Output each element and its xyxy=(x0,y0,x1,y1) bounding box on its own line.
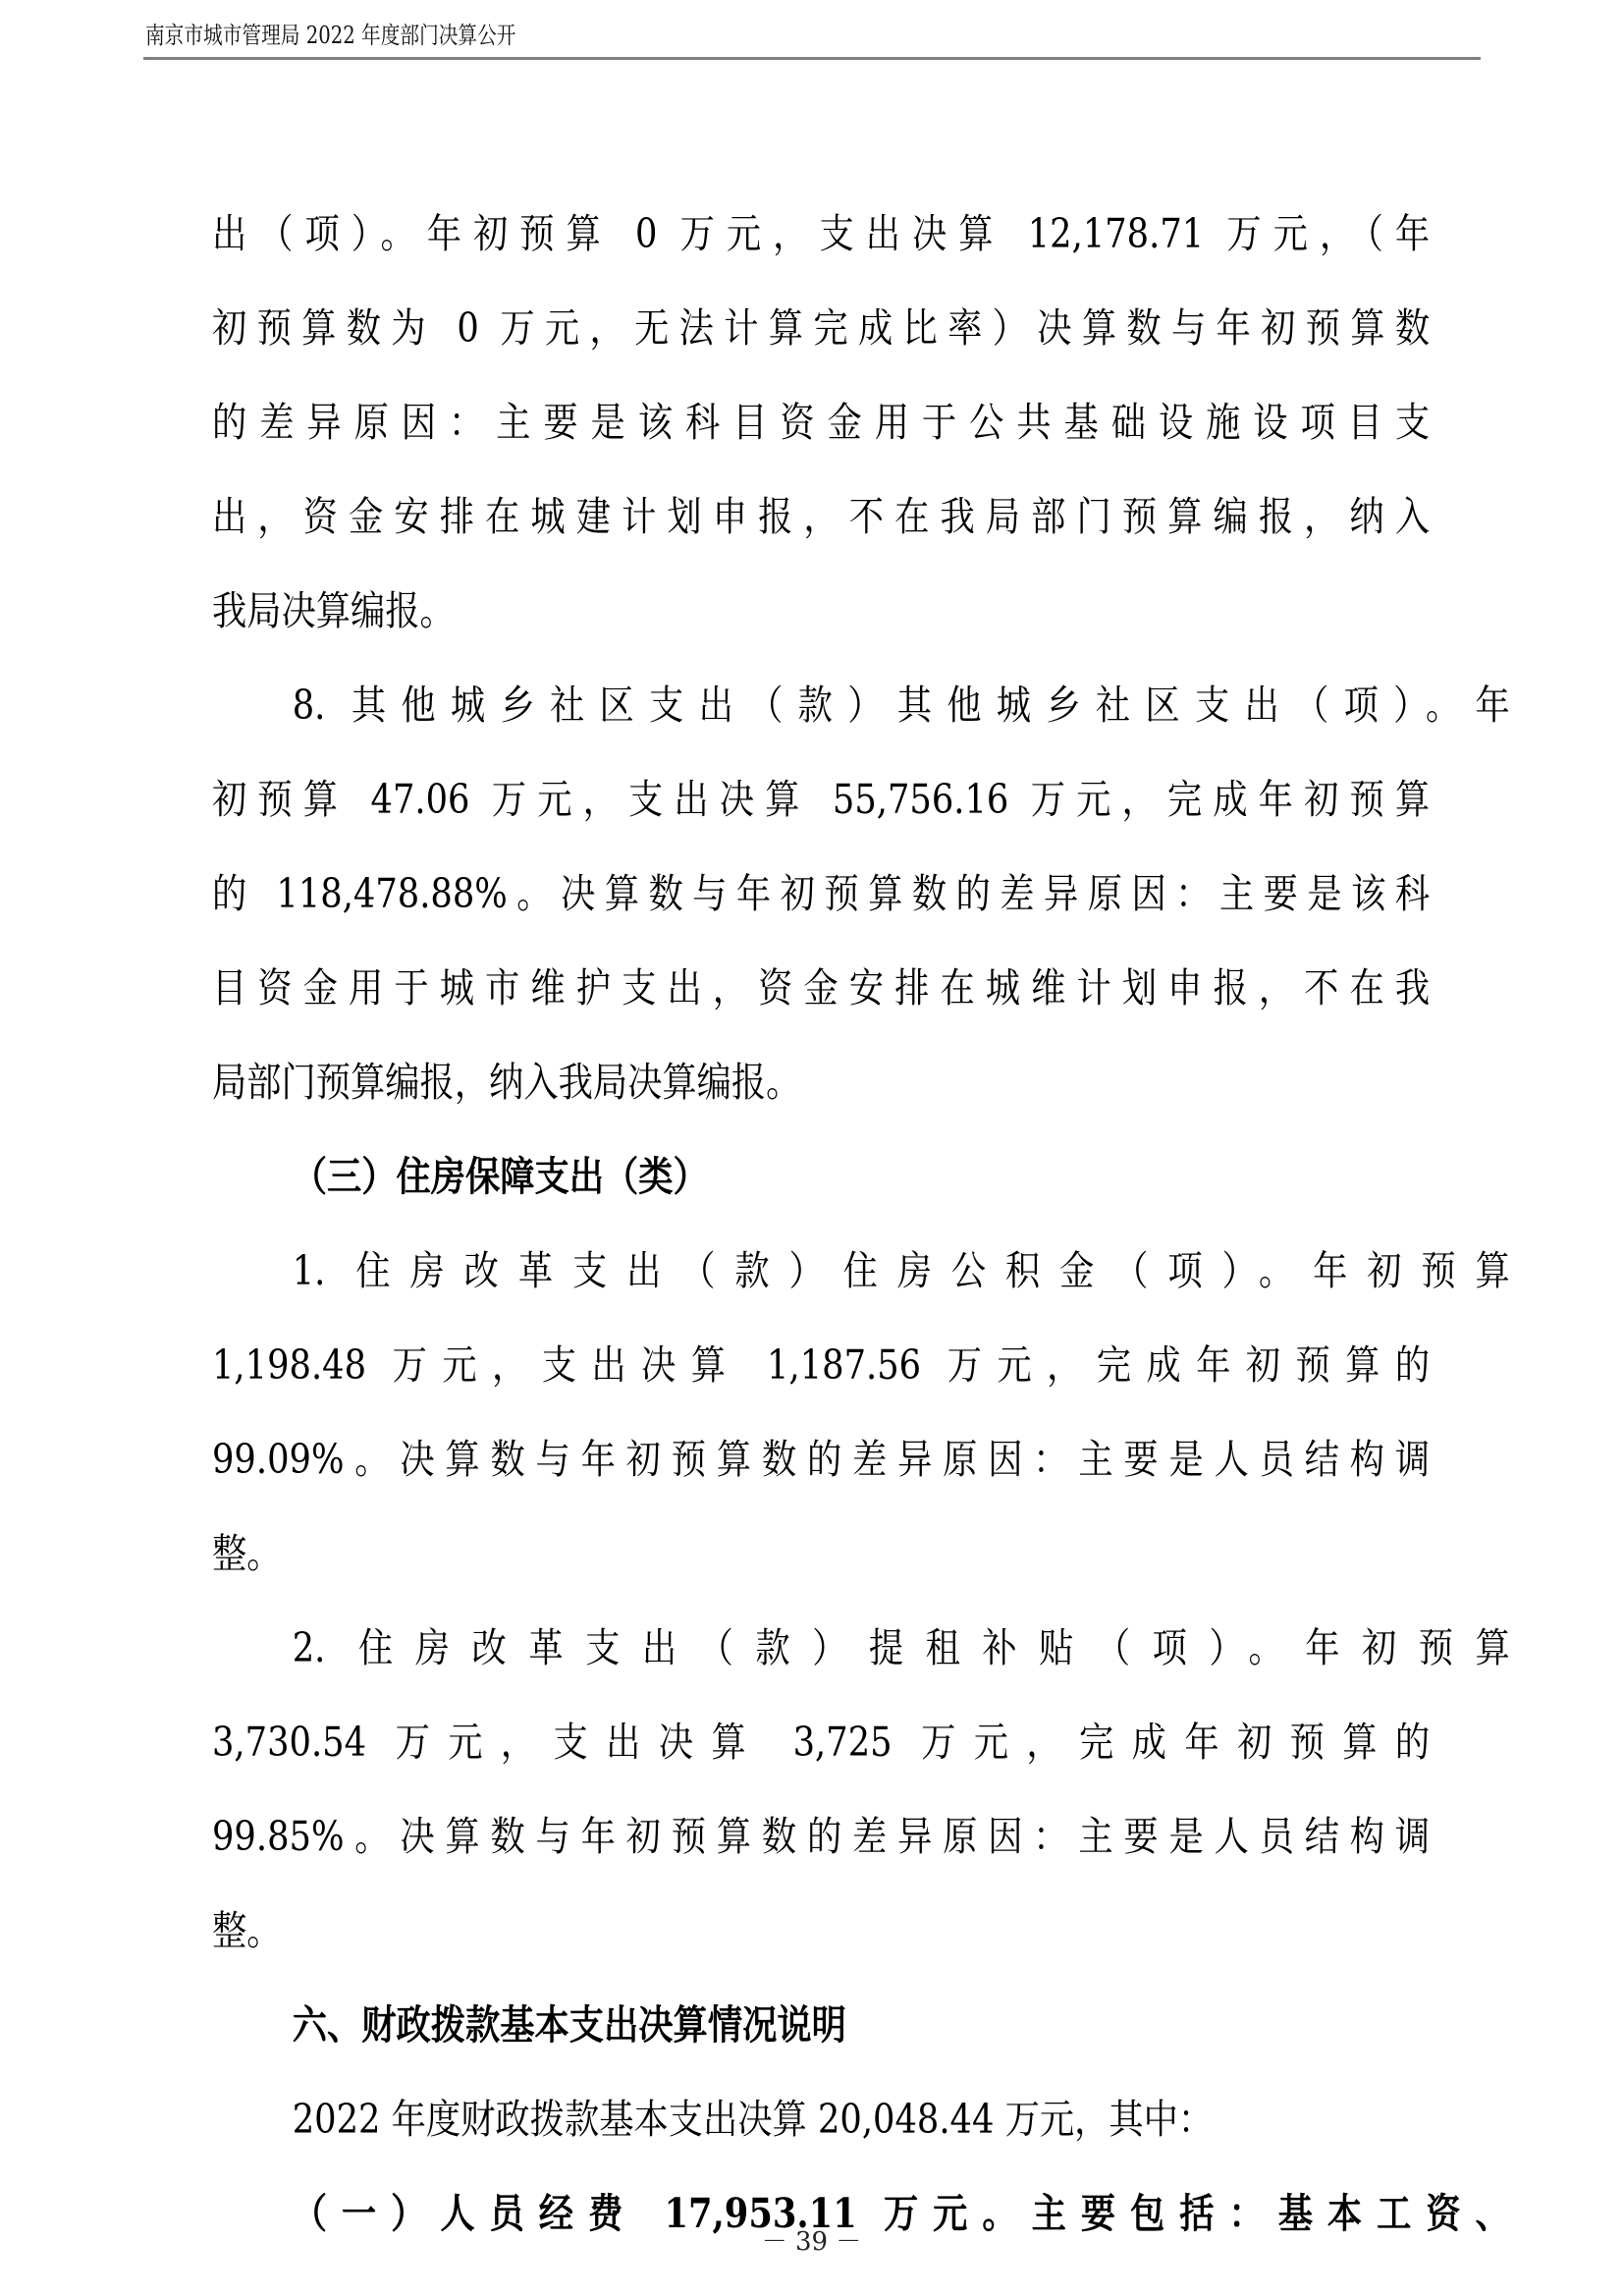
page-number: － 39 － xyxy=(0,2221,1623,2258)
paragraph-line: 目资金用于城市维护支出，资金安排在城维计划申报，不在我 xyxy=(212,941,1430,1035)
paragraph-line: 8. 其他城乡社区支出（款）其他城乡社区支出（项）。年 xyxy=(212,658,1510,752)
paragraph-line: 2. 住房改革支出（款）提租补贴（项）。年初预算 xyxy=(212,1601,1510,1695)
document-header-title: 南京市城市管理局 2022 年度部门决算公开 xyxy=(145,22,515,49)
paragraph-line: 99.09%。决算数与年初预算数的差异原因：主要是人员结构调 xyxy=(212,1412,1430,1506)
paragraph-line: 1,198.48 万元，支出决算 1,187.56 万元，完成年初预算的 xyxy=(212,1318,1430,1412)
paragraph-line: 整。 xyxy=(212,1884,1259,1978)
paragraph-line: 的差异原因：主要是该科目资金用于公共基础设施设项目支 xyxy=(212,375,1430,469)
section-heading-basic-expenditure: 六、财政拨款基本支出决算情况说明 xyxy=(212,1978,1259,2072)
paragraph-line: 3,730.54 万元，支出决算 3,725 万元，完成年初预算的 xyxy=(212,1695,1430,1789)
paragraph-line: 的 118,478.88%。决算数与年初预算数的差异原因：主要是该科 xyxy=(212,847,1430,941)
paragraph-line: 局部门预算编报，纳入我局决算编报。 xyxy=(212,1035,1259,1129)
paragraph-line: 我局决算编报。 xyxy=(212,564,1259,658)
paragraph-line: 出，资金安排在城建计划申报，不在我局部门预算编报，纳入 xyxy=(212,469,1430,564)
paragraph-line: 99.85%。决算数与年初预算数的差异原因：主要是人员结构调 xyxy=(212,1789,1430,1884)
paragraph-line: 初预算 47.06 万元，支出决算 55,756.16 万元，完成年初预算 xyxy=(212,752,1430,847)
header-divider xyxy=(143,57,1481,60)
section-heading-housing: （三）住房保障支出（类） xyxy=(212,1129,1259,1224)
paragraph-line: 1. 住房改革支出（款）住房公积金（项）。年初预算 xyxy=(212,1224,1510,1318)
paragraph-line: 初预算数为 0 万元，无法计算完成比率）决算数与年初预算数 xyxy=(212,281,1430,375)
paragraph-line: 整。 xyxy=(212,1506,1259,1601)
paragraph-line: 2022 年度财政拨款基本支出决算 20,048.44 万元，其中： xyxy=(212,2072,1259,2166)
document-body: 出（项）。年初预算 0 万元，支出决算 12,178.71 万元，（年 初预算数… xyxy=(212,187,1430,2261)
paragraph-line: 出（项）。年初预算 0 万元，支出决算 12,178.71 万元，（年 xyxy=(212,187,1430,281)
